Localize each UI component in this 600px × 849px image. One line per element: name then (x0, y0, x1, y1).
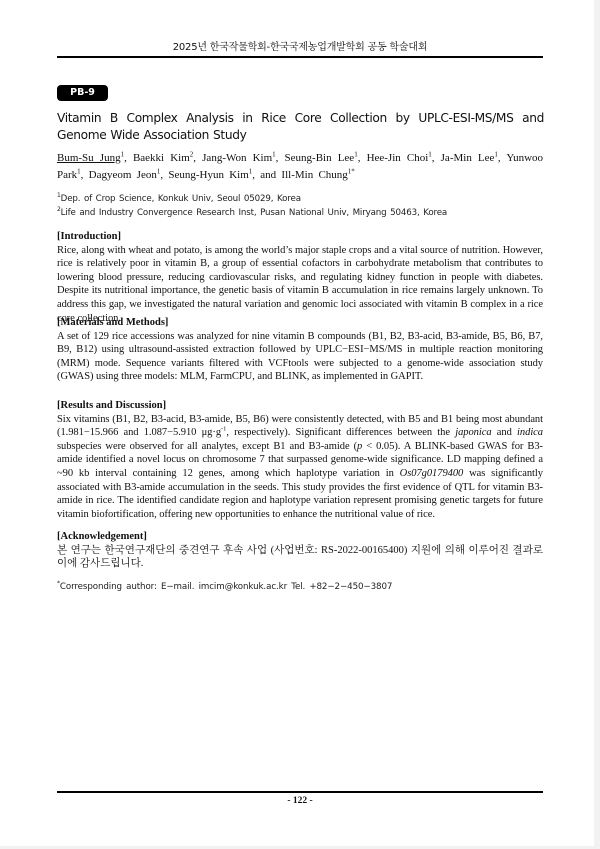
paper-page: 2025년 한국작물학회-한국국제농업개발학회 공동 학술대회 PB-9 Vit… (0, 0, 594, 846)
methods-heading: [Materials and Methods] (57, 316, 543, 330)
gene-id: Os07g0179400 (400, 468, 464, 479)
paper-title: Vitamin B Complex Analysis in Rice Core … (57, 110, 544, 144)
acknowledgement-heading: [Acknowledgement] (57, 530, 543, 544)
section-introduction: [Introduction] Rice, along with wheat an… (57, 230, 543, 325)
section-results: [Results and Discussion] Six vitamins (B… (57, 399, 543, 521)
author-name: Baekki Kim (133, 152, 190, 164)
affiliation-2: 2Life and Industry Convergence Research … (57, 206, 543, 220)
author-name: Seung-Hyun Kim (168, 169, 248, 181)
author-name: Ill-Min Chung (281, 169, 347, 181)
page-number: - 122 - (57, 796, 543, 806)
section-methods: [Materials and Methods] A set of 129 ric… (57, 316, 543, 384)
section-acknowledgement: [Acknowledgement] 본 연구는 한국연구재단의 중견연구 후속 … (57, 530, 543, 571)
affiliations: 1Dep. of Crop Science, Konkuk Univ, Seou… (57, 192, 543, 220)
results-heading: [Results and Discussion] (57, 399, 543, 413)
header-rule (57, 56, 543, 58)
author-list: Bum-Su Jung1, Baekki Kim2, Jang-Won Kim1… (57, 150, 543, 184)
author-name: Ja-Min Lee (441, 152, 495, 164)
introduction-body: Rice, along with wheat and potato, is am… (57, 244, 543, 326)
running-head: 2025년 한국작물학회-한국국제농업개발학회 공동 학술대회 (57, 38, 543, 53)
poster-id-badge: PB-9 (57, 85, 108, 101)
corresponding-author: *Corresponding author: E−mail. imcim@kon… (57, 582, 543, 592)
acknowledgement-body: 본 연구는 한국연구재단의 중견연구 후속 사업 (사업번호: RS-2022-… (57, 544, 543, 571)
affiliation-1: 1Dep. of Crop Science, Konkuk Univ, Seou… (57, 192, 543, 206)
results-body: Six vitamins (B1, B2, B3-acid, B3-amide,… (57, 413, 543, 522)
footer-rule (57, 791, 543, 793)
introduction-heading: [Introduction] (57, 230, 543, 244)
author-name: Hee-Jin Choi (367, 152, 429, 164)
author-name: Bum-Su Jung (57, 152, 121, 164)
author-name: Dagyeom Jeon (89, 169, 157, 181)
author-name: Seung-Bin Lee (285, 152, 355, 164)
author-name: Jang-Won Kim (202, 152, 272, 164)
methods-body: A set of 129 rice accessions was analyze… (57, 330, 543, 384)
